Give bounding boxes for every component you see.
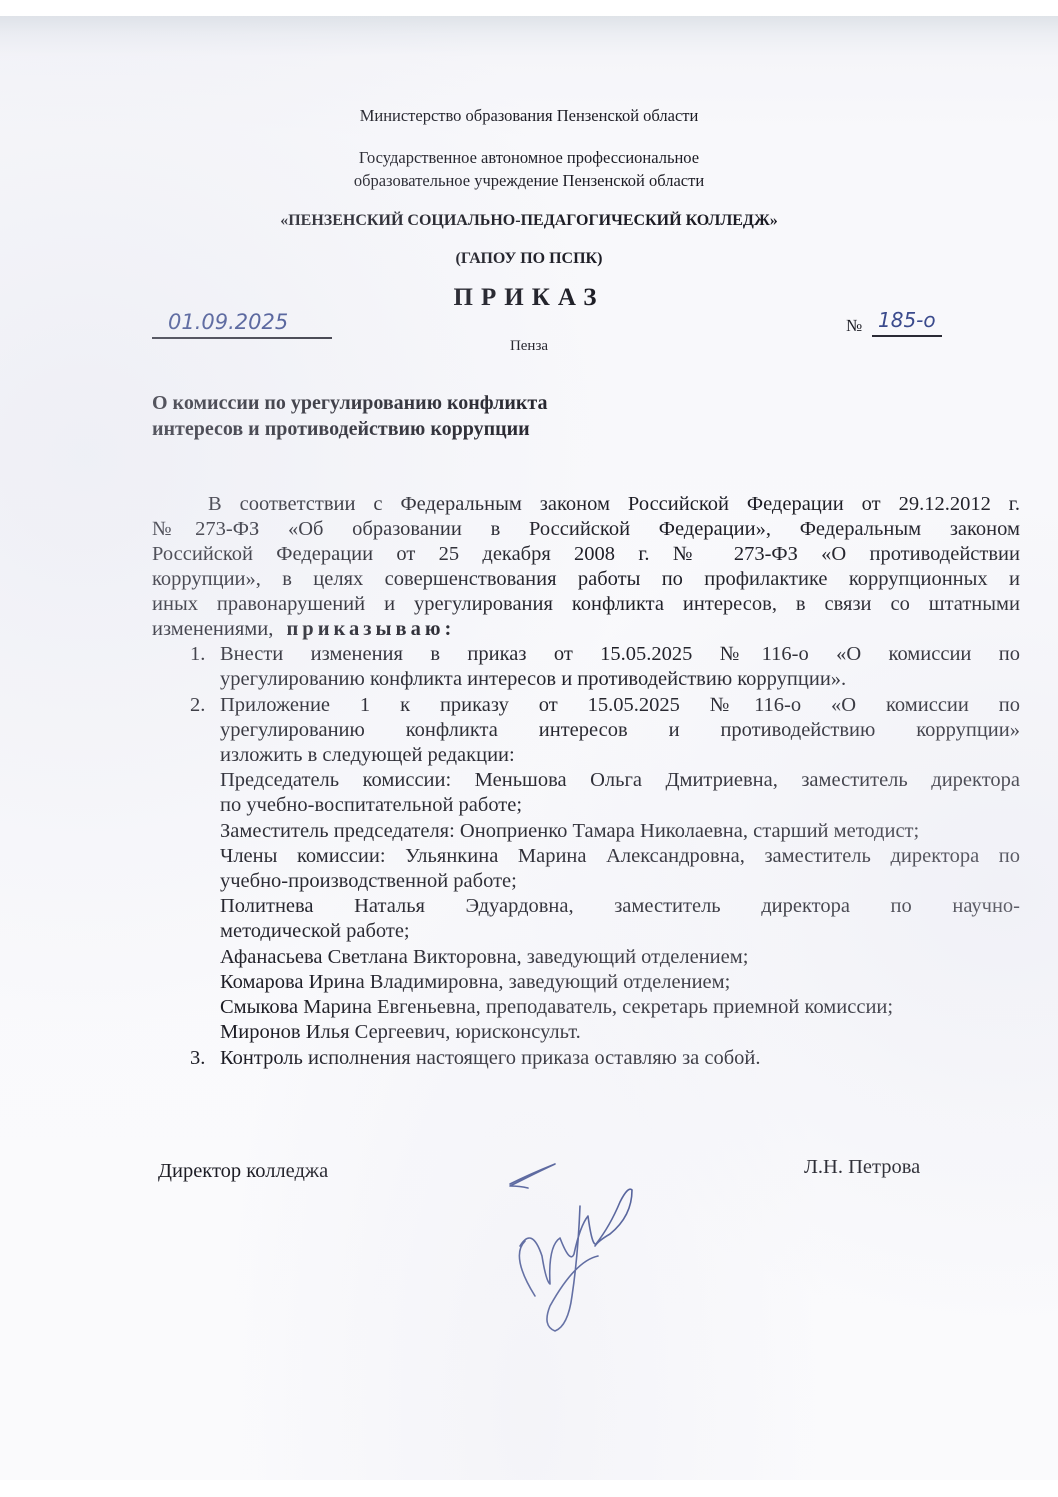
order-word: приказываю: <box>286 618 455 640</box>
preamble-line: В соответствии с Федеральным законом Рос… <box>208 492 1020 517</box>
order-subject-line1: О комиссии по урегулированию конфликта <box>152 390 547 416</box>
signatory-position: Директор колледжа <box>158 1160 328 1183</box>
preamble-line: иных правонарушений и урегулирования кон… <box>152 592 1020 617</box>
institution-type-line2: образовательное учреждение Пензенской об… <box>0 171 1058 191</box>
handwritten-signature-icon <box>370 1146 690 1336</box>
preamble-line: Российской Федерации от 25 декабря 2008 … <box>152 542 1020 567</box>
committee-member: Миронов Илья Сергеевич, юрисконсульт. <box>220 1021 581 1043</box>
committee-member: Комарова Ирина Владимировна, заведующий … <box>220 971 730 993</box>
item-number: 2. <box>190 693 205 718</box>
item-line: изложить в следующей редакции: <box>220 744 515 766</box>
order-date-handwritten: 01.09.2025 <box>168 310 288 334</box>
city: Пенза <box>0 338 1058 355</box>
ministry-name: Министерство образования Пензенской обла… <box>0 106 1058 126</box>
college-name: «ПЕНЗЕНСКИЙ СОЦИАЛЬНО-ПЕДАГОГИЧЕСКИЙ КОЛ… <box>0 212 1058 230</box>
committee-member: Смыкова Марина Евгеньевна, преподаватель… <box>220 996 893 1018</box>
committee-member: Афанасьева Светлана Викторовна, заведующ… <box>220 946 748 968</box>
committee-member: Политнева Наталья Эдуардовна, заместител… <box>220 894 1020 919</box>
order-number-label: № <box>846 316 862 336</box>
item-line: урегулированию конфликта интересов и про… <box>220 668 846 690</box>
preamble-last-line: изменениями, <box>152 618 273 640</box>
item-line: урегулированию конфликта интересов и про… <box>220 718 1020 743</box>
preamble-line: №273-ФЗ «Об образовании в Российской Фед… <box>152 517 1020 542</box>
signatory-name: Л.Н. Петрова <box>804 1156 920 1179</box>
scanned-document-page: Министерство образования Пензенской обла… <box>0 16 1058 1480</box>
item-line: Приложение 1 к приказу от 15.05.2025 №11… <box>220 693 1020 718</box>
preamble-line: коррупции», в целях совершенствования ра… <box>152 567 1020 592</box>
number-underline <box>872 335 942 337</box>
committee-chair-position: по учебно-воспитательной работе; <box>220 794 522 816</box>
item-line: Контроль исполнения настоящего приказа о… <box>220 1047 761 1069</box>
committee-deputy-chair: Заместитель председателя: Оноприенко Там… <box>220 820 919 842</box>
order-number-handwritten: 185-о <box>878 308 936 332</box>
committee-member-position: методической работе; <box>220 920 410 942</box>
committee-member: Члены комиссии: Ульянкина Марина Алексан… <box>220 844 1020 869</box>
college-abbreviation: (ГАПОУ ПО ПСПК) <box>0 250 1058 268</box>
item-line: Внести изменения в приказ от 15.05.2025 … <box>220 642 1020 667</box>
institution-type-line1: Государственное автономное профессиональ… <box>0 148 1058 168</box>
item-number: 1. <box>190 642 205 667</box>
item-number: 3. <box>190 1046 205 1071</box>
order-subject-line2: интересов и противодействию коррупции <box>152 416 530 442</box>
committee-member-position: учебно-производственной работе; <box>220 870 517 892</box>
committee-chair: Председатель комиссии: Меньшова Ольга Дм… <box>220 768 1020 793</box>
